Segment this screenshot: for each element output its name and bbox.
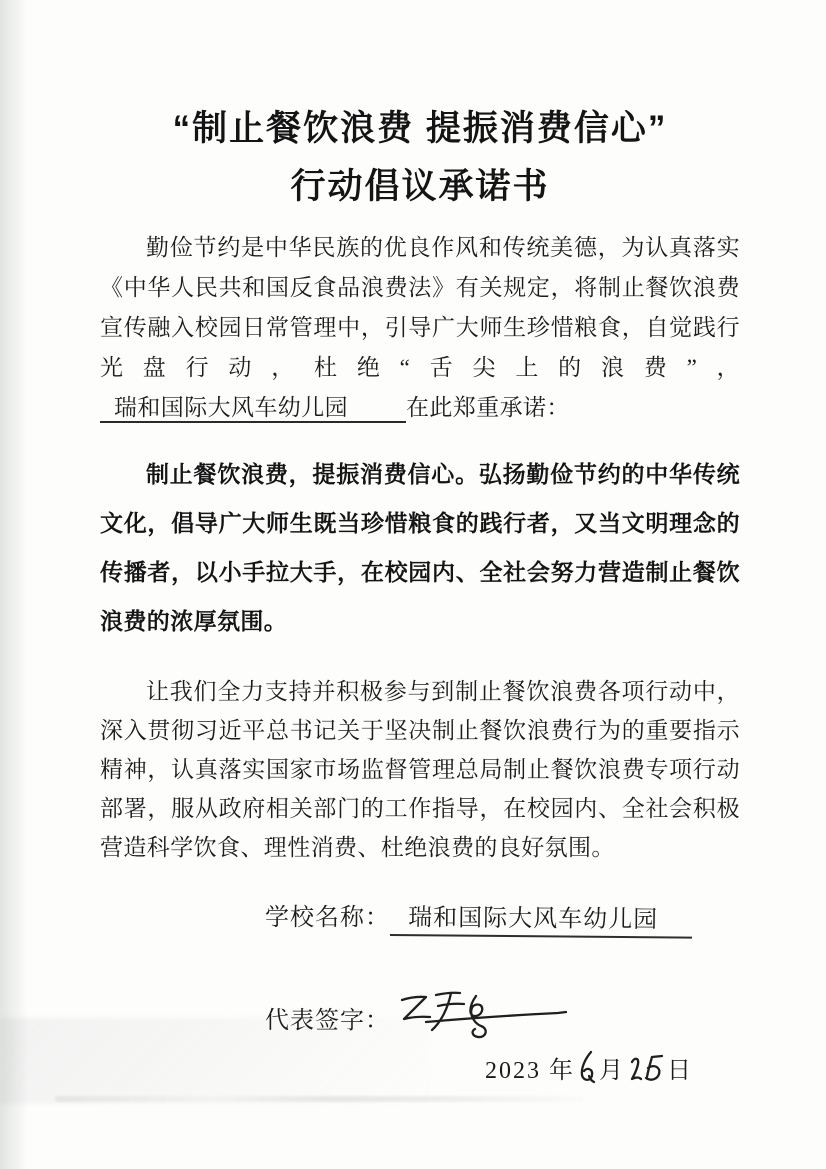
- paragraph-action-commitment: 让我们全力支持并积极参与到制止餐饮浪费各项行动中，深入贯彻习近平总书记关于坚决制…: [100, 672, 740, 867]
- date-line: 2023 年 月 日: [100, 1050, 740, 1085]
- document-title-line2: 行动倡议承诺书: [100, 158, 740, 216]
- paragraph-pledge-bold: 制止餐饮浪费，提振消费信心。弘扬勤俭节约的中华传统文化，倡导广大师生既当珍惜粮食…: [100, 450, 740, 646]
- date-day-unit: 日: [667, 1058, 693, 1084]
- date-month-unit: 月: [599, 1058, 625, 1084]
- intro-text-before-blank: 勤俭节约是中华民族的优良作风和传统美德，为认真落实《中华人民共和国反食品浪费法》…: [100, 235, 740, 380]
- school-name-value: 瑞和国际大风车幼儿园: [408, 905, 658, 933]
- signature-line: 代表签字：: [100, 986, 740, 1044]
- scanned-document-page: “制止餐饮浪费 提振消费信心” 行动倡议承诺书 勤俭节约是中华民族的优良作风和传…: [0, 0, 826, 1169]
- school-name-blank-field: 瑞和国际大风车幼儿园: [100, 395, 406, 423]
- date-year: 2023: [485, 1058, 541, 1084]
- scan-smudge-artifact: [55, 1096, 585, 1102]
- school-name-line: 学校名称：瑞和国际大风车幼儿园: [100, 897, 740, 936]
- intro-text-after-blank: 在此郑重承诺：: [406, 395, 570, 420]
- handwritten-month-number: [577, 1050, 597, 1084]
- school-name-label: 学校名称：: [265, 905, 390, 931]
- representative-signature-handwriting: [396, 986, 586, 1044]
- document-title-line1: “制止餐饮浪费 提振消费信心”: [100, 100, 740, 158]
- handwritten-day-number: [627, 1050, 665, 1084]
- school-name-fill-text: 瑞和国际大风车幼儿园: [114, 395, 348, 420]
- document-content: “制止餐饮浪费 提振消费信心” 行动倡议承诺书 勤俭节约是中华民族的优良作风和传…: [0, 0, 826, 1085]
- signature-label: 代表签字：: [265, 1008, 390, 1034]
- school-name-underline: 瑞和国际大风车幼儿园: [390, 897, 692, 939]
- paragraph-intro: 勤俭节约是中华民族的优良作风和传统美德，为认真落实《中华人民共和国反食品浪费法》…: [100, 228, 740, 428]
- date-year-unit: 年: [549, 1058, 575, 1084]
